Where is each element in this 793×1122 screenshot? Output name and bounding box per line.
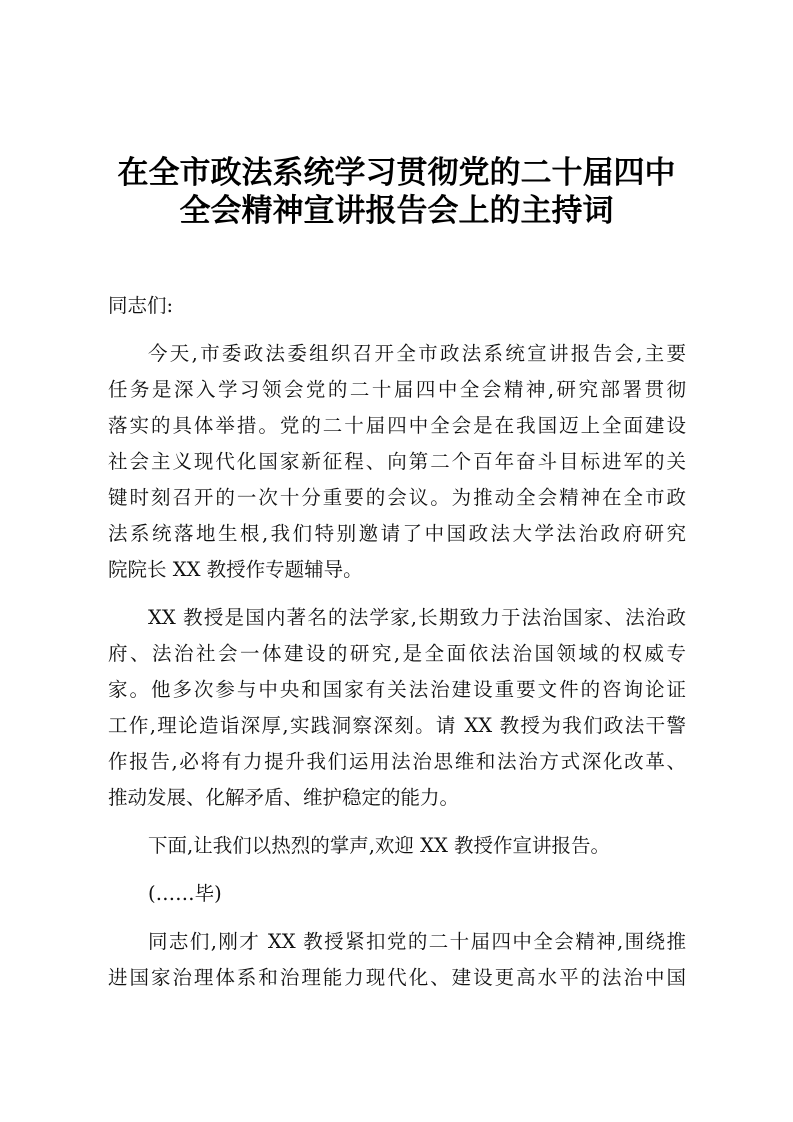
paragraph-line: 落实的具体举措。党的二十届四中全会是在我国迈上全面建设 [108, 408, 686, 444]
title-line-1: 在全市政法系统学习贯彻党的二十届四中 [100, 154, 693, 192]
paragraph-line: 同志们,刚才 XX 教授紧扣党的二十届四中全会精神,围绕推 [108, 924, 686, 960]
paragraph-line: 家。他多次参与中央和国家有关法治建设重要文件的咨询论证 [108, 672, 686, 708]
paragraph-line: 下面,让我们以热烈的掌声,欢迎 XX 教授作宣讲报告。 [108, 828, 686, 864]
paragraph-speaker-intro: XX 教授是国内著名的法学家,长期致力于法治国家、法治政 府、法治社会一体建设的… [108, 600, 686, 816]
paragraph-gap [108, 816, 686, 828]
paragraph-line: 院院长 XX 教授作专题辅导。 [108, 552, 686, 588]
paragraph-gap [108, 864, 686, 876]
paragraph-welcome: 下面,让我们以热烈的掌声,欢迎 XX 教授作宣讲报告。 [108, 828, 686, 864]
paragraph-line: 推动发展、化解矛盾、维护稳定的能力。 [108, 780, 686, 816]
paragraph-line: (……毕) [108, 876, 686, 912]
paragraph-gap [108, 588, 686, 600]
paragraph-line: 今天,市委政法委组织召开全市政法系统宣讲报告会,主要 [108, 336, 686, 372]
salutation: 同志们: [108, 288, 686, 324]
paragraph-summary: 同志们,刚才 XX 教授紧扣党的二十届四中全会精神,围绕推 进国家治理体系和治理… [108, 924, 686, 996]
title-line-2: 全会精神宣讲报告会上的主持词 [100, 192, 693, 230]
document-title: 在全市政法系统学习贯彻党的二十届四中 全会精神宣讲报告会上的主持词 [100, 154, 693, 230]
paragraph-end-marker: (……毕) [108, 876, 686, 912]
paragraph-line: 作报告,必将有力提升我们运用法治思维和法治方式深化改革、 [108, 744, 686, 780]
paragraph-line: 府、法治社会一体建设的研究,是全面依法治国领域的权威专 [108, 636, 686, 672]
paragraph-line: 任务是深入学习领会党的二十届四中全会精神,研究部署贯彻 [108, 372, 686, 408]
paragraph-line: 工作,理论造诣深厚,实践洞察深刻。请 XX 教授为我们政法干警 [108, 708, 686, 744]
paragraph-opening: 今天,市委政法委组织召开全市政法系统宣讲报告会,主要 任务是深入学习领会党的二十… [108, 336, 686, 588]
paragraph-line: 进国家治理体系和治理能力现代化、建设更高水平的法治中国 [108, 960, 686, 996]
paragraph-line: 社会主义现代化国家新征程、向第二个百年奋斗目标进军的关 [108, 444, 686, 480]
document-page: 在全市政法系统学习贯彻党的二十届四中 全会精神宣讲报告会上的主持词 同志们: 今… [0, 0, 793, 1122]
paragraph-gap [108, 912, 686, 924]
paragraph-line: XX 教授是国内著名的法学家,长期致力于法治国家、法治政 [108, 600, 686, 636]
paragraph-gap [108, 324, 686, 336]
document-body: 同志们: 今天,市委政法委组织召开全市政法系统宣讲报告会,主要 任务是深入学习领… [108, 288, 686, 996]
paragraph-line: 法系统落地生根,我们特别邀请了中国政法大学法治政府研究 [108, 516, 686, 552]
paragraph-line: 键时刻召开的一次十分重要的会议。为推动全会精神在全市政 [108, 480, 686, 516]
